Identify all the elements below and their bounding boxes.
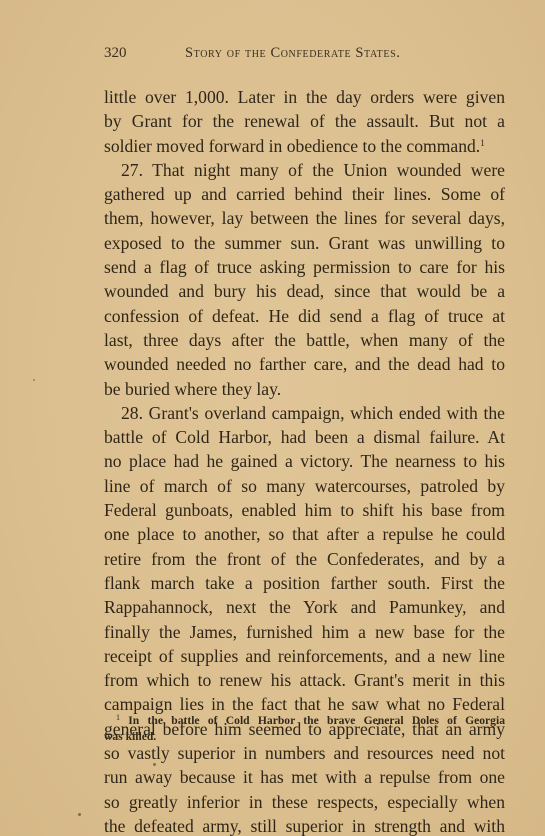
text-line: exposed to the summer sun. Grant was unw… bbox=[104, 231, 505, 255]
text-line: by Grant for the renewal of the assault.… bbox=[104, 109, 505, 133]
page-number: 320 bbox=[104, 45, 127, 62]
running-head: 320 Story of the Confederate States. bbox=[104, 45, 506, 65]
text-line: wounded and bury his dead, since that wo… bbox=[104, 279, 505, 303]
text-line: soldier moved forward in obedience to th… bbox=[104, 134, 505, 158]
text-line: gathered up and carried behind their lin… bbox=[104, 182, 505, 206]
text-line: flank march take a position farther sout… bbox=[104, 571, 505, 595]
footnote-line: was killed. bbox=[104, 729, 505, 745]
footnotes: 1 In the battle of Cold Harbor the brave… bbox=[104, 713, 505, 745]
text-line: from which to renew his attack. Grant's … bbox=[104, 668, 505, 692]
footnote-text: In the battle of Cold Harbor the brave G… bbox=[128, 714, 505, 727]
text-line: retire from the front of the Confederate… bbox=[104, 547, 505, 571]
footnote-reference: 1 bbox=[480, 138, 485, 148]
text-line: run away because it has met with a repul… bbox=[104, 765, 505, 789]
book-page: 320 Story of the Confederate States. lit… bbox=[0, 0, 545, 836]
text-line: battle of Cold Harbor, had been a dismal… bbox=[104, 425, 505, 449]
paper-speck bbox=[33, 379, 35, 381]
paper-speck bbox=[78, 813, 81, 816]
text-line: line of march of so many watercourses, p… bbox=[104, 474, 505, 498]
text-line: finally the James, furnished him a new b… bbox=[104, 620, 505, 644]
paper-speck bbox=[153, 763, 156, 766]
text-line: Federal gunboats, enabled him to shift h… bbox=[104, 498, 505, 522]
text-line: the defeated army, still superior in str… bbox=[104, 814, 505, 836]
footnote-line: 1 In the battle of Cold Harbor the brave… bbox=[104, 713, 505, 729]
text-line: last, three days after the battle, when … bbox=[104, 328, 505, 352]
text-line-content: soldier moved forward in obedience to th… bbox=[104, 136, 480, 156]
running-title: Story of the Confederate States. bbox=[185, 45, 400, 62]
text-line: wounded needed no farther care, and the … bbox=[104, 352, 505, 376]
text-line: be buried where they lay. bbox=[104, 377, 505, 401]
text-line: so greatly inferior in these respects, e… bbox=[104, 790, 505, 814]
paragraph-start-28: 28. Grant's overland campaign, which end… bbox=[104, 401, 505, 425]
text-line: Rappahannock, next the York and Pamunkey… bbox=[104, 595, 505, 619]
text-line: send a flag of truce asking permission t… bbox=[104, 255, 505, 279]
paragraph-start-27: 27. That night many of the Union wounded… bbox=[104, 158, 505, 182]
text-line: one place to another, so that after a re… bbox=[104, 522, 505, 546]
footnote-marker: 1 bbox=[116, 713, 120, 722]
text-line: them, however, lay between the lines for… bbox=[104, 206, 505, 230]
text-line: no place had he gained a victory. The ne… bbox=[104, 449, 505, 473]
text-line: little over 1,000. Later in the day orde… bbox=[104, 85, 505, 109]
text-line: confession of defeat. He did send a flag… bbox=[104, 304, 505, 328]
text-line: receipt of supplies and reinforcements, … bbox=[104, 644, 505, 668]
